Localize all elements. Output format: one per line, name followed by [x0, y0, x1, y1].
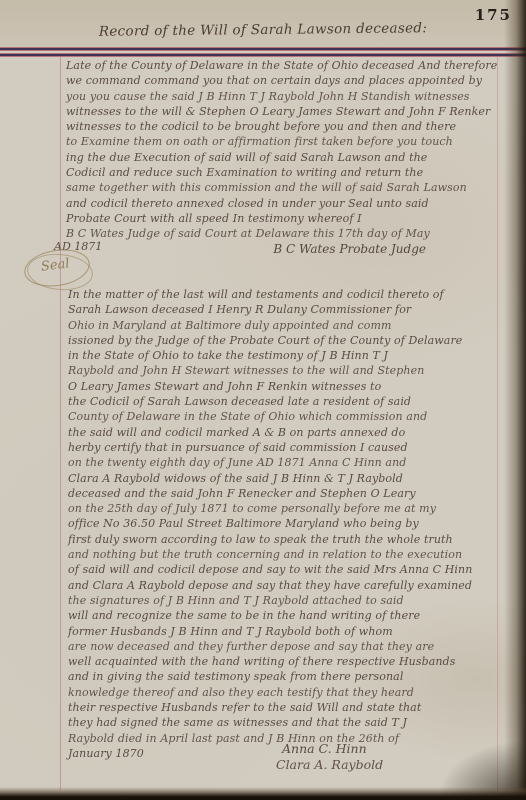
handwritten-line: we command command you that on certain d…: [66, 73, 497, 88]
handwritten-line: Sarah Lawson deceased I Henry R Dulany C…: [68, 302, 472, 317]
handwritten-line: issioned by the Judge of the Probate Cou…: [68, 333, 472, 348]
handwritten-line: and codicil thereto annexed closed in un…: [66, 196, 497, 211]
handwritten-line: are now deceased and they further depose…: [68, 639, 472, 654]
witness-signatures: Anna C. Hinn Clara A. Raybold: [282, 741, 383, 773]
handwritten-line: you you cause the said J B Hinn T J Rayb…: [66, 89, 497, 104]
handwritten-line: witnesses to the codicil to be brought b…: [66, 119, 497, 134]
handwritten-line: will and recognize the same to be in the…: [68, 608, 472, 623]
handwritten-line: Clara A Raybold widows of the said J B H…: [68, 471, 472, 486]
handwritten-line: well acquainted with the hand writing of…: [68, 654, 472, 669]
handwritten-line: Ohio in Maryland at Baltimore duly appoi…: [68, 318, 472, 333]
handwritten-line: on the 25th day of July 1871 to come per…: [68, 501, 472, 516]
handwritten-line: O Leary James Stewart and John F Renkin …: [68, 379, 472, 394]
handwritten-line: on the twenty eighth day of June AD 1871…: [68, 455, 472, 470]
signature-clara-raybold: Clara A. Raybold: [276, 757, 383, 773]
handwritten-line: herby certify that in pursuance of said …: [68, 440, 472, 455]
handwritten-line: the said will and codicil marked A & B o…: [68, 425, 472, 440]
handwritten-line: they had signed the same as witnesses an…: [68, 715, 472, 730]
page-right-edge: [504, 0, 526, 800]
handwritten-line: knowledge thereof and also they each tes…: [68, 685, 472, 700]
handwritten-line: office No 36.50 Paul Street Baltimore Ma…: [68, 516, 472, 531]
commission-return-text: In the matter of the last will and testa…: [68, 287, 472, 761]
handwritten-line: their respective Husbands refer to the s…: [68, 700, 472, 715]
handwritten-line: and Clara A Raybold depose and say that …: [68, 578, 472, 593]
handwritten-line: and in giving the said testimony speak f…: [68, 669, 472, 684]
ledger-page: 175 Record of the Will of Sarah Lawson d…: [0, 0, 526, 800]
page-bottom-edge: [0, 787, 526, 800]
seal-flourish: Seal: [24, 250, 90, 286]
signature-anna-hinn: Anna C. Hinn: [282, 741, 383, 757]
handwritten-line: first duly sworn according to law to spe…: [68, 532, 472, 547]
handwritten-line: to Examine them on oath or affirmation f…: [66, 134, 497, 149]
judge-signature: B C Wates Probate Judge: [273, 242, 426, 256]
ruled-line-bottom: [0, 54, 526, 56]
handwritten-line: Raybold and John H Stewart witnesses to …: [68, 363, 472, 378]
handwritten-line: in the State of Ohio to take the testimo…: [68, 348, 472, 363]
handwritten-line: Probate Court with all speed In testimon…: [66, 211, 497, 226]
handwritten-line: In the matter of the last will and testa…: [68, 287, 472, 302]
handwritten-line: former Husbands J B Hinn and T J Raybold…: [68, 624, 472, 639]
handwritten-line: ing the due Execution of said will of sa…: [66, 150, 497, 165]
handwritten-line: of said will and codicil depose and say …: [68, 562, 472, 577]
handwritten-line: Codicil and reduce such Examination to w…: [66, 165, 497, 180]
handwritten-line: County of Delaware in the State of Ohio …: [68, 409, 472, 424]
handwritten-line: deceased and the said John F Renecker an…: [68, 486, 472, 501]
handwritten-line: and nothing but the truth concerning and…: [68, 547, 472, 562]
handwritten-line: same together with this commission and t…: [66, 180, 497, 195]
court-order-dateline: AD 1871 B C Wates Probate Judge: [54, 240, 426, 256]
handwritten-line: witnesses to the will & Stephen O Leary …: [66, 104, 497, 119]
court-order-text: Late of the County of Delaware in the St…: [66, 58, 497, 242]
handwritten-line: the signatures of J B Hinn and T J Raybo…: [68, 593, 472, 608]
handwritten-line: Raybold died in April last past and J B …: [68, 731, 472, 746]
handwritten-line: the Codicil of Sarah Lawson deceased lat…: [68, 394, 472, 409]
left-margin-line: [60, 57, 61, 790]
handwritten-line: January 1870: [68, 746, 472, 761]
ruled-line-top: [0, 48, 526, 50]
handwritten-line: Late of the County of Delaware in the St…: [66, 58, 497, 73]
